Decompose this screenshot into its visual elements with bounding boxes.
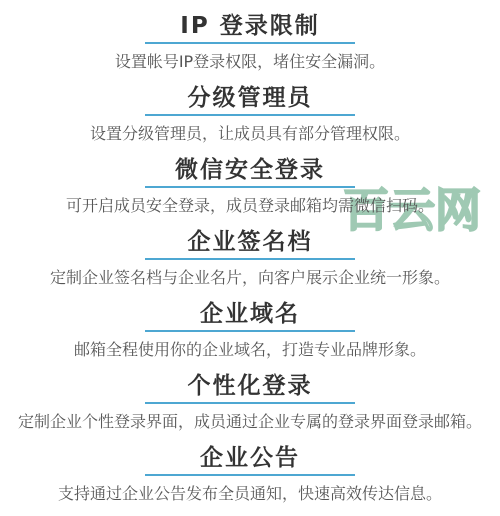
feature-title: 个性化登录 — [0, 372, 500, 400]
feature-description: 定制企业签名档与企业名片，向客户展示企业统一形象。 — [0, 267, 500, 288]
feature-title: 分级管理员 — [0, 84, 500, 112]
feature-title: IP 登录限制 — [0, 12, 500, 40]
title-underline-divider — [145, 402, 355, 404]
feature-section-personalized-login: 个性化登录 定制企业个性登录界面，成员通过企业专属的登录界面登录邮箱。 — [0, 372, 500, 432]
feature-description: 邮箱全程使用你的企业域名，打造专业品牌形象。 — [0, 339, 500, 360]
feature-section-tiered-admin: 分级管理员 设置分级管理员，让成员具有部分管理权限。 — [0, 84, 500, 144]
title-underline-divider — [145, 330, 355, 332]
feature-description: 设置帐号IP登录权限，堵住安全漏洞。 — [0, 51, 500, 72]
feature-description: 支持通过企业公告发布全员通知，快速高效传达信息。 — [0, 483, 500, 504]
feature-title: 企业公告 — [0, 444, 500, 472]
feature-title: 微信安全登录 — [0, 156, 500, 184]
feature-section-wechat-secure-login: 微信安全登录 可开启成员安全登录，成员登录邮箱均需微信扫码。 — [0, 156, 500, 216]
feature-description: 可开启成员安全登录，成员登录邮箱均需微信扫码。 — [0, 195, 500, 216]
feature-title: 企业域名 — [0, 300, 500, 328]
feature-section-enterprise-domain: 企业域名 邮箱全程使用你的企业域名，打造专业品牌形象。 — [0, 300, 500, 360]
title-underline-divider — [145, 186, 355, 188]
title-underline-divider — [145, 258, 355, 260]
features-panel: 百云网 IP 登录限制 设置帐号IP登录权限，堵住安全漏洞。 分级管理员 设置分… — [0, 0, 500, 516]
feature-description: 定制企业个性登录界面，成员通过企业专属的登录界面登录邮箱。 — [0, 411, 500, 432]
feature-title: 企业签名档 — [0, 228, 500, 256]
feature-section-ip-login-limit: IP 登录限制 设置帐号IP登录权限，堵住安全漏洞。 — [0, 12, 500, 72]
title-underline-divider — [145, 42, 355, 44]
title-underline-divider — [145, 474, 355, 476]
title-underline-divider — [145, 114, 355, 116]
feature-section-enterprise-signature: 企业签名档 定制企业签名档与企业名片，向客户展示企业统一形象。 — [0, 228, 500, 288]
feature-description: 设置分级管理员，让成员具有部分管理权限。 — [0, 123, 500, 144]
feature-section-enterprise-announcement: 企业公告 支持通过企业公告发布全员通知，快速高效传达信息。 — [0, 444, 500, 504]
